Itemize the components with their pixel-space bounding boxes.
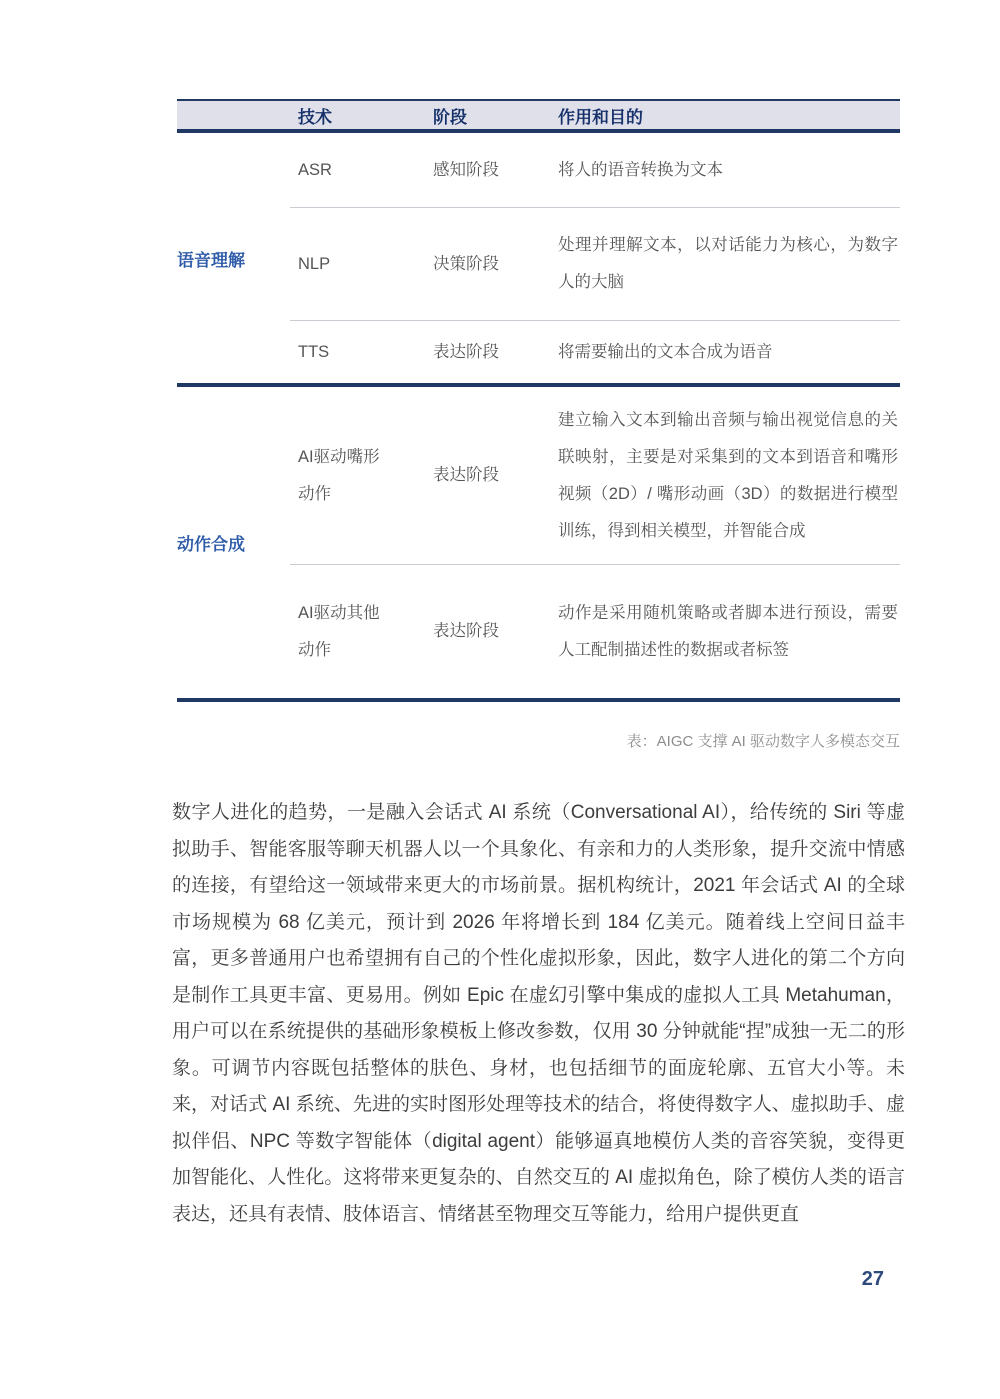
table-row: NLP 决策阶段 处理并理解文本，以对话能力为核心，为数字人的大脑 <box>290 207 900 320</box>
header-purpose: 作用和目的 <box>550 103 900 128</box>
group-rows: AI驱动嘴形 动作 表达阶段 建立输入文本到输出音频与输出视觉信息的关联映射，主… <box>290 387 900 698</box>
cell-purpose: 将人的语音转换为文本 <box>550 152 900 189</box>
cell-purpose: 处理并理解文本，以对话能力为核心，为数字人的大脑 <box>550 227 900 301</box>
cell-tech: NLP <box>290 246 425 283</box>
table-caption: 表：AIGC 支撑 AI 驱动数字人多模态交互 <box>627 730 900 751</box>
group-label: 语音理解 <box>177 133 290 383</box>
cell-stage: 表达阶段 <box>425 457 550 494</box>
document-page: 技术 阶段 作用和目的 语音理解 ASR 感知阶段 将人的语音转换为文本 NLP… <box>0 0 1000 1399</box>
cell-stage: 表达阶段 <box>425 613 550 650</box>
table-group-speech-understanding: 语音理解 ASR 感知阶段 将人的语音转换为文本 NLP 决策阶段 处理并理解文… <box>177 133 900 387</box>
page-number: 27 <box>862 1268 884 1291</box>
header-tech: 技术 <box>290 103 425 128</box>
cell-stage: 感知阶段 <box>425 152 550 189</box>
cell-tech: AI驱动嘴形 动作 <box>290 439 425 513</box>
cell-purpose: 动作是采用随机策略或者脚本进行预设，需要人工配制描述性的数据或者标签 <box>550 595 900 669</box>
table-group-motion-synthesis: 动作合成 AI驱动嘴形 动作 表达阶段 建立输入文本到输出音频与输出视觉信息的关… <box>177 387 900 702</box>
technology-table: 技术 阶段 作用和目的 语音理解 ASR 感知阶段 将人的语音转换为文本 NLP… <box>177 99 900 702</box>
cell-stage: 决策阶段 <box>425 246 550 283</box>
group-rows: ASR 感知阶段 将人的语音转换为文本 NLP 决策阶段 处理并理解文本，以对话… <box>290 133 900 383</box>
body-paragraph: 数字人进化的趋势，一是融入会话式 AI 系统（Conversational AI… <box>172 795 905 1233</box>
cell-purpose: 将需要输出的文本合成为语音 <box>550 334 900 371</box>
group-label: 动作合成 <box>177 387 290 698</box>
cell-stage: 表达阶段 <box>425 334 550 371</box>
table-row: AI驱动嘴形 动作 表达阶段 建立输入文本到输出音频与输出视觉信息的关联映射，主… <box>290 387 900 564</box>
cell-tech: ASR <box>290 152 425 189</box>
cell-tech: AI驱动其他 动作 <box>290 595 425 669</box>
cell-tech: TTS <box>290 334 425 371</box>
cell-purpose: 建立输入文本到输出音频与输出视觉信息的关联映射，主要是对采集到的文本到语音和嘴形… <box>550 402 900 550</box>
table-row: TTS 表达阶段 将需要输出的文本合成为语音 <box>290 320 900 383</box>
table-row: AI驱动其他 动作 表达阶段 动作是采用随机策略或者脚本进行预设，需要人工配制描… <box>290 564 900 698</box>
header-stage: 阶段 <box>425 103 550 128</box>
table-header-row: 技术 阶段 作用和目的 <box>177 99 900 133</box>
table-row: ASR 感知阶段 将人的语音转换为文本 <box>290 133 900 207</box>
